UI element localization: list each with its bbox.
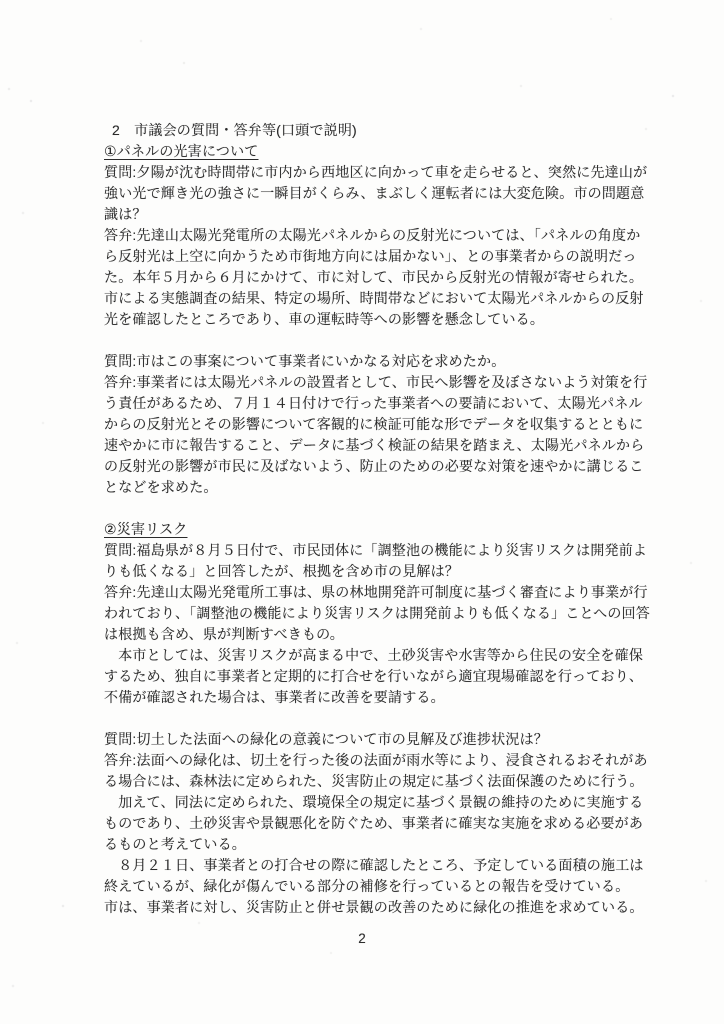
- doc-line-body: 市は、事業者に対し、災害防止と併せ景観の改善のために緑化の推進を求めている。: [104, 897, 620, 918]
- doc-line-body: 強い光で輝き光の強さに一瞬目がくらみ、まぶしく運転者には大変危険。市の問題意: [104, 183, 620, 204]
- scan-noise-speckles: [0, 0, 2, 2]
- doc-line-body: 本市としては、災害リスクが高まる中で、土砂災害や水害等から住民の安全を確保: [104, 645, 620, 666]
- doc-line-body: ８月２１日、事業者との打合せの際に確認したところ、予定している面積の施工は: [104, 855, 620, 876]
- doc-line-blank: [104, 330, 620, 351]
- scanned-document-page: 2 市議会の質問・答弁等(口頭で説明)①パネルの光害について質問:夕陽が沈む時間…: [0, 0, 724, 1024]
- doc-line-body: 答弁:先達山太陽光発電所の太陽光パネルからの反射光については、「パネルの角度か: [104, 225, 620, 246]
- doc-line-body: 不備が確認された場合は、事業者に改善を要請する。: [104, 687, 620, 708]
- doc-line-subheading: ②災害リスク: [104, 519, 620, 540]
- doc-line-body: の反射光の影響が市民に及ばないよう、防止のための必要な対策を速やかに講じるこ: [104, 456, 620, 477]
- doc-line-body: 識は？: [104, 204, 620, 225]
- doc-line-blank: [104, 498, 620, 519]
- doc-line-body: 答弁:先達山太陽光発電所工事は、県の林地開発許可制度に基づく審査により事業が行: [104, 582, 620, 603]
- doc-line-body: となどを求めた。: [104, 477, 620, 498]
- doc-line-body: 質問:市はこの事案について事業者にいかなる対応を求めたか。: [104, 351, 620, 372]
- doc-line-body: る場合には、森林法に定められた、災害防止の規定に基づく法面保護のために行う。: [104, 771, 620, 792]
- doc-line-body: ら反射光は上空に向かうため市街地方向には届かない」、との事業者からの説明だっ: [104, 246, 620, 267]
- doc-line-body: 質問:福島県が８月５日付で、市民団体に「調整池の機能により災害リスクは開発前よ: [104, 540, 620, 561]
- doc-line-body: 答弁:法面への緑化は、切土を行った後の法面が雨水等により、浸食されるおそれがあ: [104, 750, 620, 771]
- doc-line-body: 速やかに市に報告すること、データに基づく検証の結果を踏まえ、太陽光パネルから: [104, 435, 620, 456]
- doc-line-body: 終えているが、緑化が傷んでいる部分の補修を行っているとの報告を受けている。: [104, 876, 620, 897]
- page-number: 2: [0, 930, 724, 948]
- doc-line-body: 質問:切土した法面への緑化の意義について市の見解及び進捗状況は？: [104, 729, 620, 750]
- doc-line-body: た。本年５月から６月にかけて、市に対して、市民から反射光の情報が寄せられた。: [104, 267, 620, 288]
- doc-line-body: 質問:夕陽が沈む時間帯に市内から西地区に向かって車を走らせると、突然に先達山が: [104, 162, 620, 183]
- doc-line-body: 加えて、同法に定められた、環境保全の規定に基づく景観の維持のために実施する: [104, 792, 620, 813]
- doc-line-body: ものであり、土砂災害や景観悪化を防ぐため、事業者に確実な実施を求める必要があ: [104, 813, 620, 834]
- doc-line-body: 市による実態調査の結果、特定の場所、時間帯などにおいて太陽光パネルからの反射: [104, 288, 620, 309]
- doc-line-body: う責任があるため、７月１４日付けで行った事業者への要請において、太陽光パネル: [104, 393, 620, 414]
- doc-line-body: からの反射光とその影響について客観的に検証可能な形でデータを収集するとともに: [104, 414, 620, 435]
- doc-line-body: るものと考えている。: [104, 834, 620, 855]
- doc-line-body: 答弁:事業者には太陽光パネルの設置者として、市民へ影響を及ぼさないよう対策を行: [104, 372, 620, 393]
- doc-line-heading: 2 市議会の質問・答弁等(口頭で説明): [104, 120, 620, 141]
- doc-line-body: われており、「調整池の機能により災害リスクは開発前よりも低くなる」ことへの回答: [104, 603, 620, 624]
- doc-line-subheading: ①パネルの光害について: [104, 141, 620, 162]
- doc-line-body: りも低くなる」と回答したが、根拠を含め市の見解は？: [104, 561, 620, 582]
- doc-line-blank: [104, 708, 620, 729]
- doc-line-body: するため、独自に事業者と定期的に打合せを行いながら適宜現場確認を行っており、: [104, 666, 620, 687]
- document-text: 2 市議会の質問・答弁等(口頭で説明)①パネルの光害について質問:夕陽が沈む時間…: [104, 120, 620, 918]
- doc-line-body: は根拠も含め、県が判断すべきもの。: [104, 624, 620, 645]
- doc-line-body: 光を確認したところであり、車の運転時等への影響を懸念している。: [104, 309, 620, 330]
